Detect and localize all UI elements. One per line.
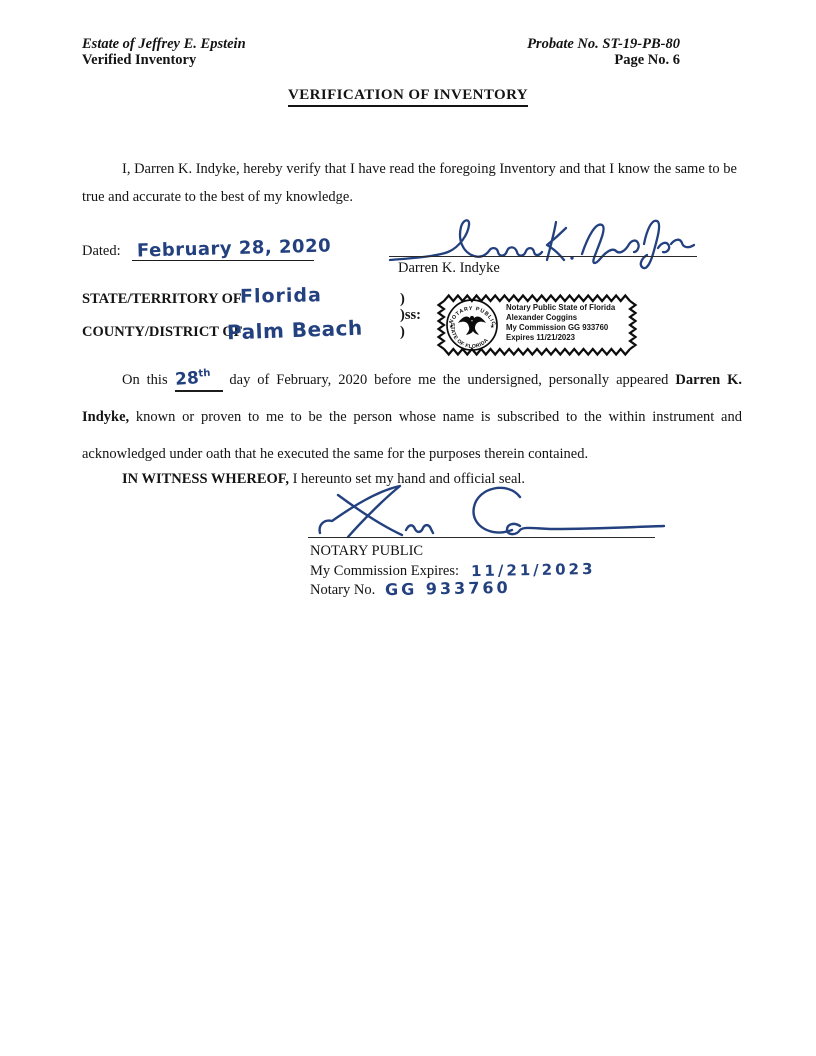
paren-top: ) <box>400 291 405 308</box>
stamp-line-2: Alexander Coggins <box>506 313 578 322</box>
document-page: { "doc": { "ink_color": "#24417f", "head… <box>0 0 816 1056</box>
handwritten-state: Florida <box>240 284 322 307</box>
case-title: Estate of Jeffrey E. Epstein <box>82 36 246 52</box>
stamp-line-3: My Commission GG 933760 <box>506 323 609 332</box>
stamp-line-4: Expires 11/21/2023 <box>506 333 576 342</box>
seal-star-icon: ★ <box>490 324 495 330</box>
handwritten-day: 28th <box>175 365 223 392</box>
stamp-line-1: Notary Public State of Florida <box>506 303 616 312</box>
handwritten-date: February 28, 2020 <box>137 235 332 261</box>
notary-number-label: Notary No. <box>310 582 375 598</box>
witness-bold: IN WITNESS WHEREOF, <box>122 471 289 487</box>
page-number: Page No. 6 <box>527 52 680 68</box>
county-district-label: COUNTY/DISTRICT OF <box>82 324 242 341</box>
paren-bottom: ) <box>400 324 405 341</box>
handwritten-notary-number: GG 933760 <box>385 579 511 600</box>
ack-line2-text: known or proven to me to be the person w… <box>129 409 742 425</box>
acknowledgment-paragraph: On this 28th day of February, 2020 befor… <box>82 362 742 473</box>
seal-star-icon: ★ <box>449 324 454 330</box>
notary-seal-icon: NOTARY PUBLIC STATE OF FLORIDA ★ ★ <box>447 300 497 350</box>
ack-mid: day of February, 2020 before me the unde… <box>223 372 676 388</box>
notary-block: NOTARY PUBLIC My Commission Expires:11/2… <box>310 542 596 600</box>
signatory-printed-name: Darren K. Indyke <box>398 260 500 277</box>
dated-label: Dated: <box>82 243 121 260</box>
title-row: VERIFICATION OF INVENTORY <box>0 87 816 107</box>
header-left: Estate of Jeffrey E. Epstein Verified In… <box>82 36 246 68</box>
ack-name-part2: Indyke, <box>82 409 129 425</box>
state-territory-label: STATE/TERRITORY OF <box>82 291 242 308</box>
handwritten-commission-expiry: 11/21/2023 <box>471 559 596 580</box>
ack-line-1: On this 28th day of February, 2020 befor… <box>82 362 742 399</box>
date-underline: February 28, 2020 <box>132 226 314 261</box>
ss-notation: )ss: <box>400 307 421 324</box>
notary-public-label: NOTARY PUBLIC <box>310 542 596 561</box>
notary-signature-image <box>302 481 697 541</box>
ack-line-2: Indyke, known or proven to me to be the … <box>82 399 742 436</box>
ack-pre: On this <box>122 372 175 388</box>
eagle-head <box>470 316 474 320</box>
ack-name-part1: Darren K. <box>675 372 742 388</box>
document-type: Verified Inventory <box>82 52 246 68</box>
header-right: Probate No. ST-19-PB-80 Page No. 6 <box>527 36 680 68</box>
notary-stamp: NOTARY PUBLIC STATE OF FLORIDA ★ ★ Notar… <box>436 293 638 357</box>
notary-number-row: Notary No.GG 933760 <box>310 580 596 600</box>
commission-expires-row: My Commission Expires:11/21/2023 <box>310 561 596 581</box>
handwritten-county: Palm Beach <box>227 316 363 345</box>
notary-signature-underline <box>308 537 655 538</box>
signature-underline <box>389 256 697 257</box>
commission-expires-label: My Commission Expires: <box>310 563 459 579</box>
page-title: VERIFICATION OF INVENTORY <box>288 87 528 107</box>
verification-paragraph: I, Darren K. Indyke, hereby verify that … <box>82 155 737 211</box>
ack-line-3: acknowledged under oath that he executed… <box>82 436 742 473</box>
probate-number: Probate No. ST-19-PB-80 <box>527 36 680 52</box>
